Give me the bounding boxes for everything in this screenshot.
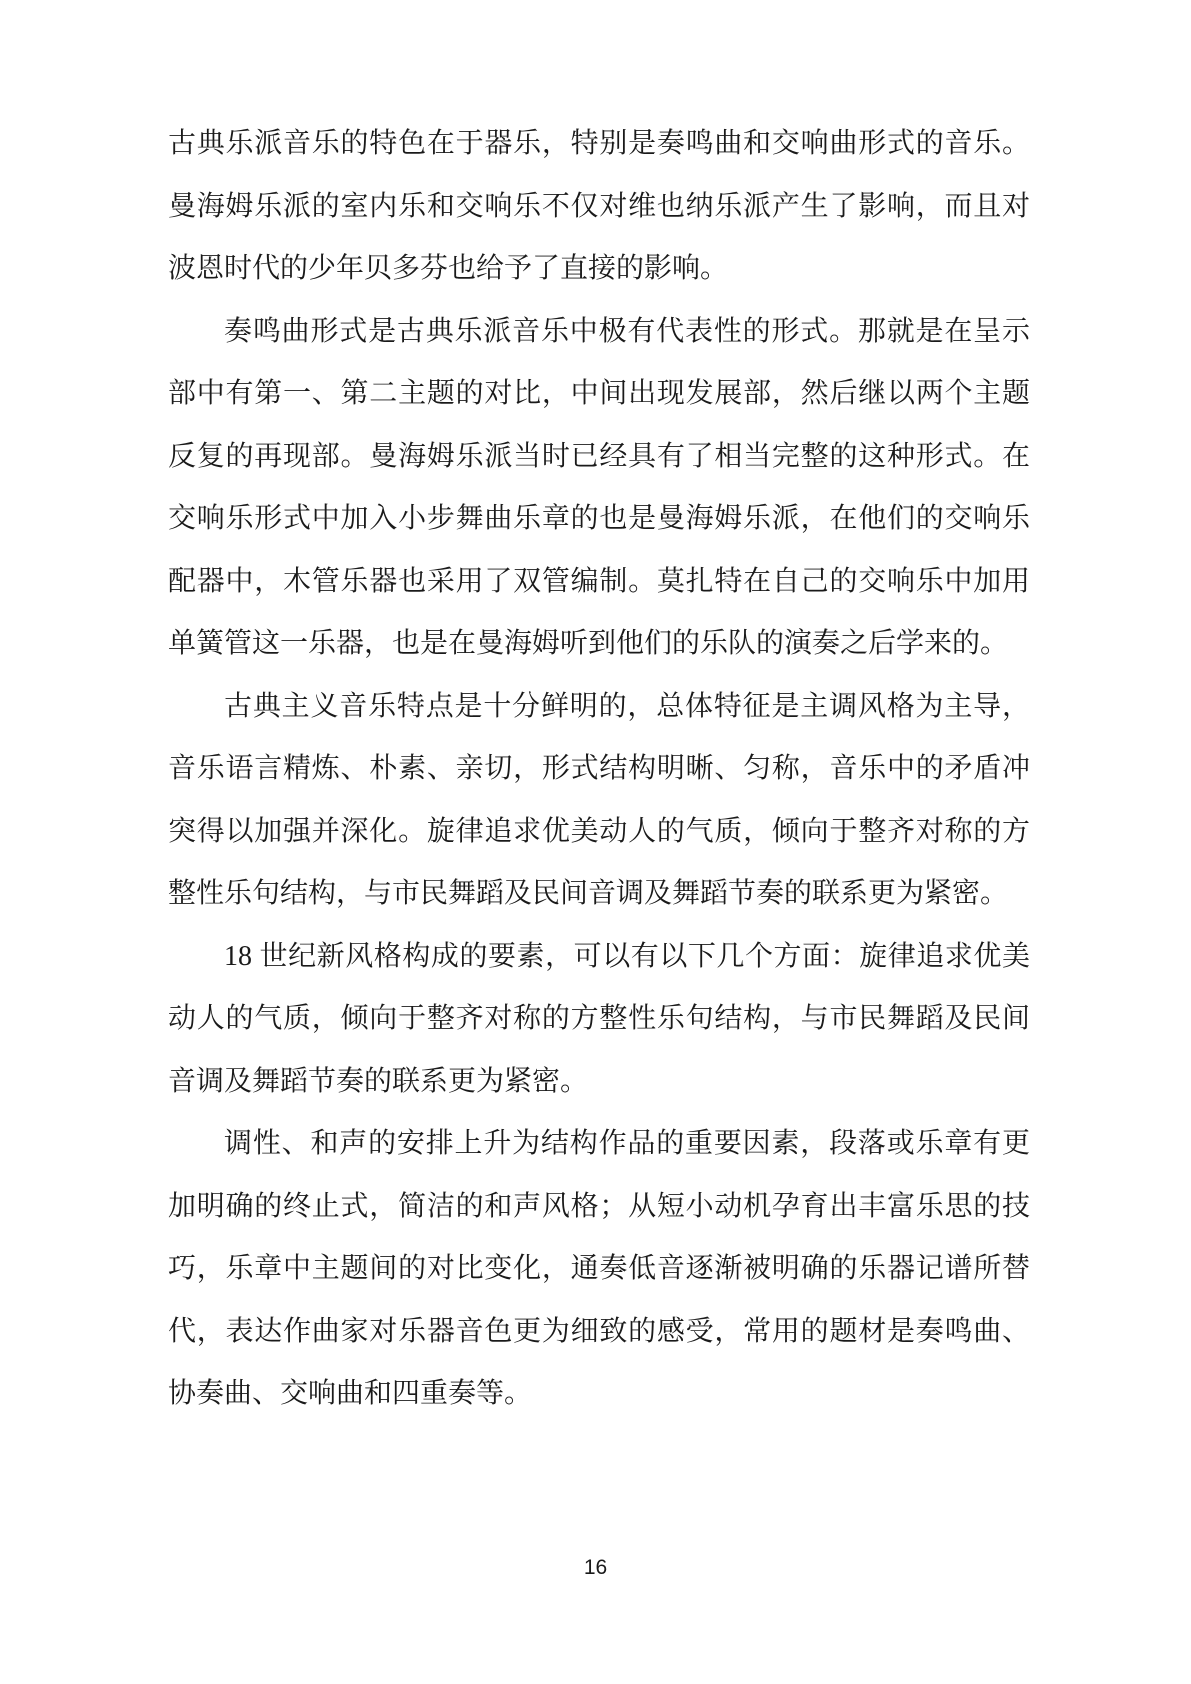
page-number: 16 [584, 1556, 607, 1579]
paragraph: 奏鸣曲形式是古典乐派音乐中极有代表性的形式。那就是在呈示部中有第一、第二主题的对… [168, 301, 1030, 676]
document-page: 古典乐派音乐的特色在于器乐，特别是奏鸣曲和交响曲形式的音乐。曼海姆乐派的室内乐和… [0, 0, 1191, 1684]
document-body: 古典乐派音乐的特色在于器乐，特别是奏鸣曲和交响曲形式的音乐。曼海姆乐派的室内乐和… [168, 113, 1030, 1426]
paragraph: 古典乐派音乐的特色在于器乐，特别是奏鸣曲和交响曲形式的音乐。曼海姆乐派的室内乐和… [168, 113, 1030, 301]
paragraph: 古典主义音乐特点是十分鲜明的，总体特征是主调风格为主导，音乐语言精炼、朴素、亲切… [168, 676, 1030, 926]
page-footer: 16 [0, 1556, 1191, 1580]
paragraph: 调性、和声的安排上升为结构作品的重要因素，段落或乐章有更加明确的终止式，简洁的和… [168, 1113, 1030, 1426]
paragraph: 18 世纪新风格构成的要素，可以有以下几个方面：旋律追求优美动人的气质，倾向于整… [168, 926, 1030, 1114]
